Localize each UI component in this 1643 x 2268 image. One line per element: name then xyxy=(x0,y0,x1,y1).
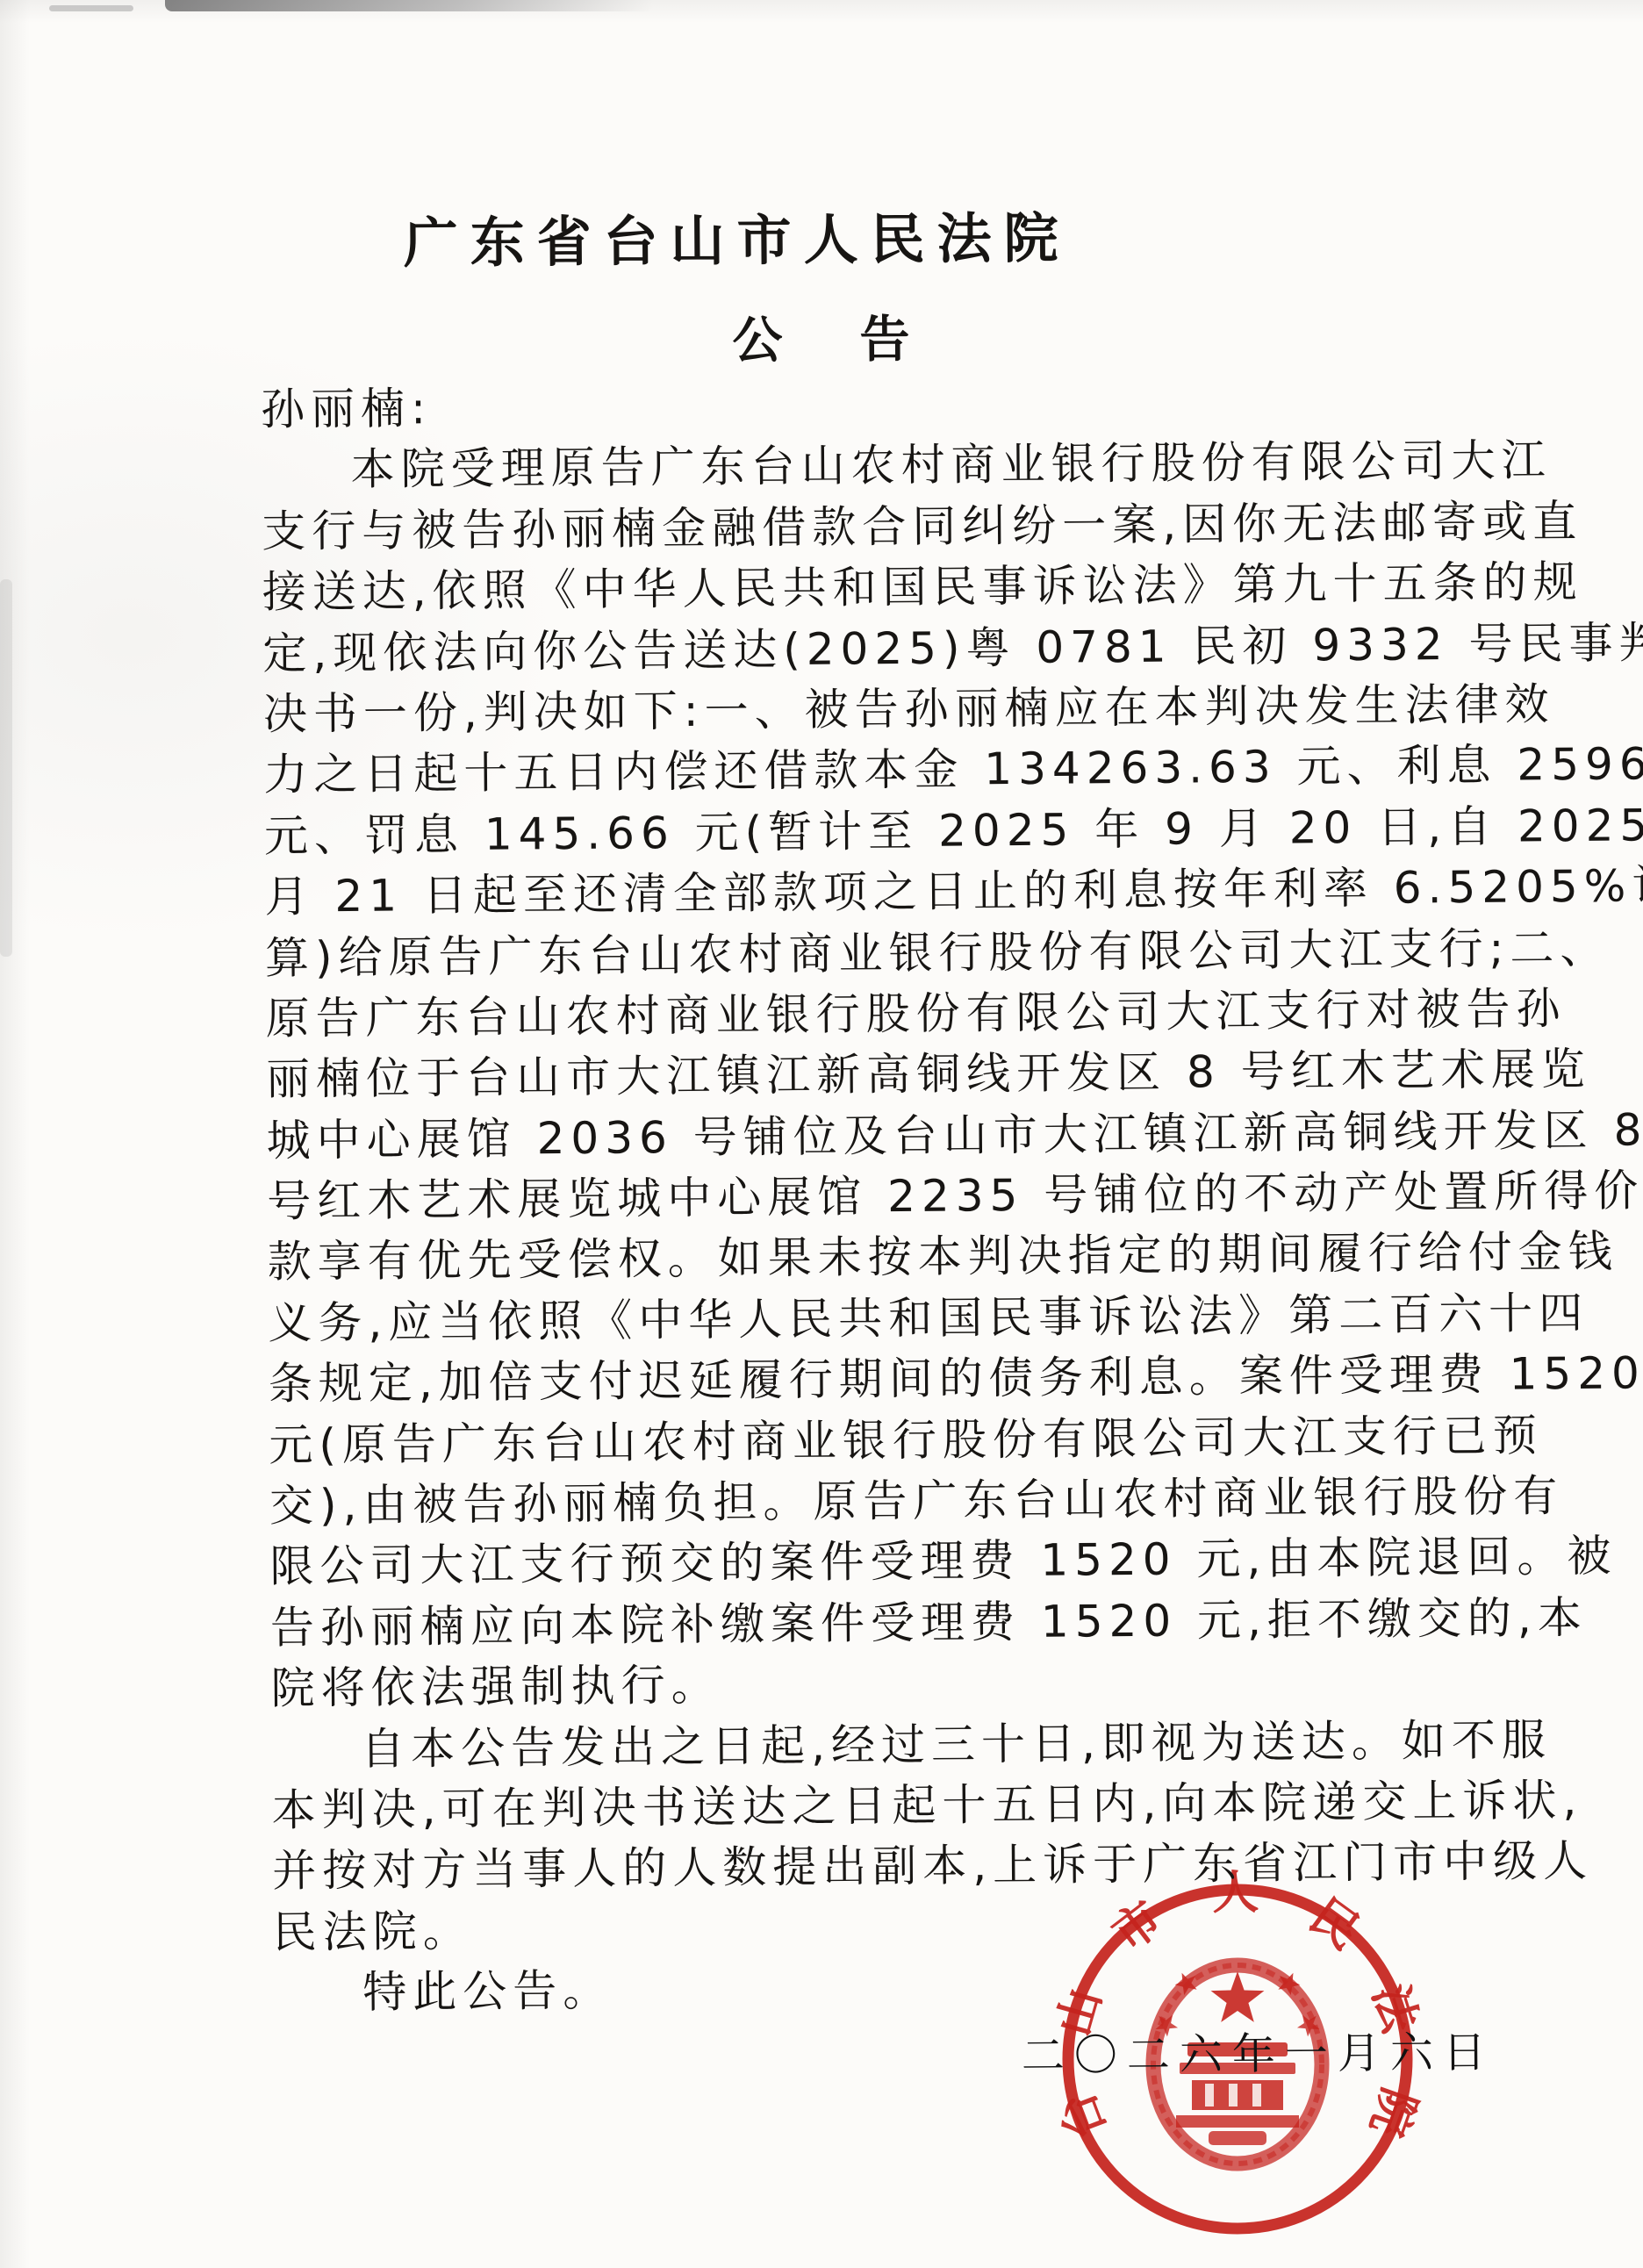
subtitle-char-right: 告 xyxy=(859,311,910,369)
notice-subtitle: 公告 xyxy=(732,299,910,373)
body-line: 力之日起十五日内偿还借款本金 134263.63 元、利息 2596.95 xyxy=(263,736,1519,807)
body-line: 条规定,加倍支付迟延履行期间的债务利息。案件受理费 1520 xyxy=(269,1345,1525,1416)
body-line: 元(原告广东台山农村商业银行股份有限公司大江支行已预 xyxy=(269,1405,1525,1476)
body-line: 孙丽楠: xyxy=(261,370,1517,441)
body-line: 本院受理原告广东台山农村商业银行股份有限公司大江 xyxy=(261,431,1517,502)
body-line: 交),由被告孙丽楠负担。原告广东台山农村商业银行股份有 xyxy=(269,1467,1525,1538)
body-line: 原告广东台山农村商业银行股份有限公司大江支行对被告孙 xyxy=(265,979,1521,1050)
scanned-court-notice-page: 台山市人民法院 广东省台山市人民法院 公告 孙丽楠:本院受理原告广东台山农 xyxy=(0,0,1643,2268)
document-text-layer: 广东省台山市人民法院 公告 孙丽楠:本院受理原告广东台山农村商业银行股份有限公司… xyxy=(0,0,1643,2268)
body-line: 号红木艺术展览城中心展馆 2235 号铺位的不动产处置所得价 xyxy=(267,1162,1523,1233)
body-line: 城中心展馆 2036 号铺位及台山市大江镇江新高铜线开发区 8 xyxy=(266,1101,1522,1172)
body-line: 限公司大江支行预交的案件受理费 1520 元,由本院退回。被 xyxy=(269,1527,1525,1598)
body-line: 院将依法强制执行。 xyxy=(270,1649,1526,1720)
body-line: 告孙丽楠应向本院补缴案件受理费 1520 元,拒不缴交的,本 xyxy=(270,1588,1526,1659)
body-line: 元、罚息 145.66 元(暂计至 2025 年 9 月 20 日,自 2025… xyxy=(264,796,1520,867)
body-line: 丽楠位于台山市大江镇江新高铜线开发区 8 号红木艺术展览 xyxy=(266,1040,1522,1111)
body-line: 民法院。 xyxy=(272,1892,1528,1963)
body-line: 接送达,依照《中华人民共和国民事诉讼法》第九十五条的规 xyxy=(262,553,1518,624)
body-line: 算)给原告广东台山农村商业银行股份有限公司大江支行;二、 xyxy=(265,918,1521,989)
notice-body: 孙丽楠:本院受理原告广东台山农村商业银行股份有限公司大江支行与被告孙丽楠金融借款… xyxy=(261,370,1529,2025)
body-line: 月 21 日起至还清全部款项之日止的利息按年利率 6.5205%计 xyxy=(264,858,1520,929)
body-line: 决书一份,判决如下:一、被告孙丽楠应在本判决发生法律效 xyxy=(263,674,1519,745)
body-line: 特此公告。 xyxy=(273,1954,1529,2025)
body-line: 款享有优先受偿权。如果未按本判决指定的期间履行给付金钱 xyxy=(267,1223,1523,1294)
body-line: 定,现依法向你公告送达(2025)粤 0781 民初 9332 号民事判 xyxy=(262,614,1518,685)
body-line: 本判决,可在判决书送达之日起十五日内,向本院递交上诉状, xyxy=(271,1770,1527,1841)
body-line: 支行与被告孙丽楠金融借款合同纠纷一案,因你无法邮寄或直 xyxy=(262,492,1517,563)
subtitle-gap xyxy=(783,356,860,357)
body-line: 并按对方当事人的人数提出副本,上诉于广东省江门市中级人 xyxy=(272,1832,1528,1903)
subtitle-char-left: 公 xyxy=(732,312,783,370)
body-line: 自本公告发出之日起,经过三十日,即视为送达。如不服 xyxy=(271,1710,1527,1781)
issue-date: 二〇二六年一月六日 xyxy=(1022,2019,1496,2084)
body-line: 义务,应当依照《中华人民共和国民事诉讼法》第二百六十四 xyxy=(268,1283,1524,1354)
court-name-title: 广东省台山市人民法院 xyxy=(403,194,1071,277)
